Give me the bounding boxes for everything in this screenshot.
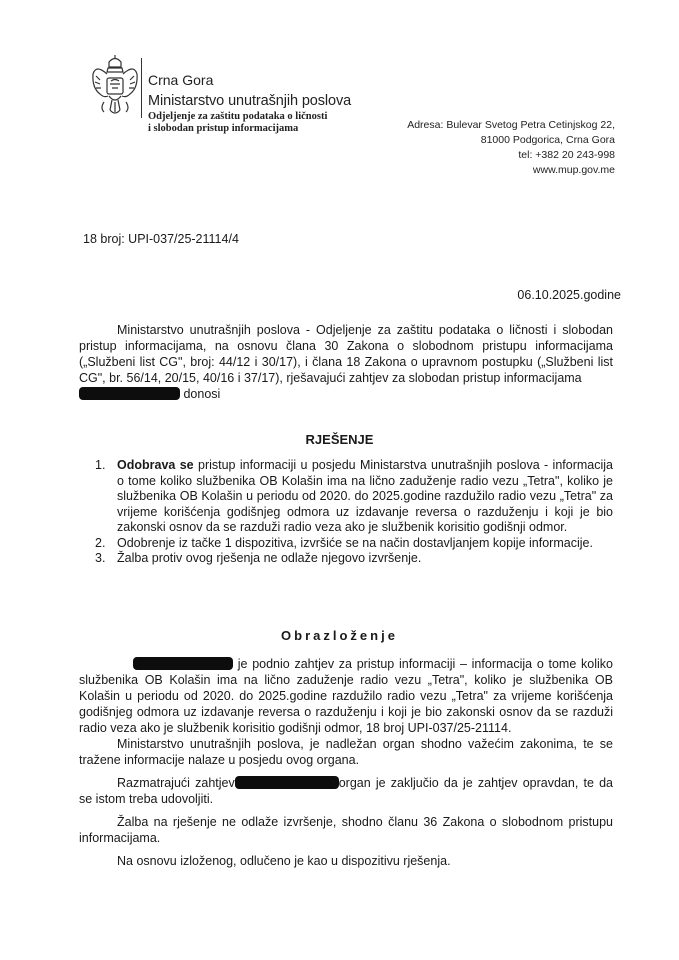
reasoning-paragraph-1: je podnio zahtjev za pristup informaciji… [79,656,613,736]
ministry-name: Ministarstvo unutrašnjih poslova [148,93,351,109]
address-website: www.mup.gov.me [407,163,615,178]
department-line-1: Odjeljenje za zaštitu podataka o ličnost… [148,111,327,123]
redacted-name [235,776,339,789]
intro-paragraph: Ministarstvo unutrašnjih poslova - Odjel… [79,322,613,402]
redacted-name [79,387,180,400]
reasoning-section: je podnio zahtjev za pristup informaciji… [79,656,613,869]
country-name: Crna Gora [148,72,213,88]
department-name: Odjeljenje za zaštitu podataka o ličnost… [148,111,327,135]
header-divider [141,58,142,118]
reasoning-paragraph-3: Razmatrajući zahtjevorgan je zaključio d… [79,775,613,807]
decision-bold-lead: Odobrava se [117,458,194,472]
document-date: 06.10.2025.godine [517,288,621,302]
decision-item: 1. Odobrava se pristup informaciji u pos… [95,458,613,536]
reasoning-paragraph-5: Na osnovu izloženog, odlučeno je kao u d… [79,853,613,869]
address-street: Adresa: Bulevar Svetog Petra Cetinjskog … [407,118,615,133]
reasoning-heading: Obrazloženje [0,628,679,643]
address-phone: tel: +382 20 243-998 [407,148,615,163]
montenegro-coat-of-arms-icon [90,54,148,122]
contact-address-block: Adresa: Bulevar Svetog Petra Cetinjskog … [407,118,615,178]
redacted-name [133,657,233,670]
decision-item: 3. Žalba protiv ovog rješenja ne odlaže … [95,551,613,567]
department-line-2: i slobodan pristup informacijama [148,123,327,135]
decision-item: 2. Odobrenje iz tačke 1 dispozitiva, izv… [95,536,613,552]
intro-donosi: donosi [183,387,220,401]
decision-list: 1. Odobrava se pristup informaciji u pos… [95,458,613,567]
reasoning-paragraph-4: Žalba na rješenje ne odlaže izvršenje, s… [79,814,613,846]
reasoning-paragraph-2: Ministarstvo unutrašnjih poslova, je nad… [79,736,613,768]
intro-text: Ministarstvo unutrašnjih poslova - Odjel… [79,323,613,385]
decision-heading: RJEŠENJE [0,432,679,447]
reference-number: 18 broj: UPI-037/25-21114/4 [83,232,239,246]
address-city: 81000 Podgorica, Crna Gora [407,133,615,148]
